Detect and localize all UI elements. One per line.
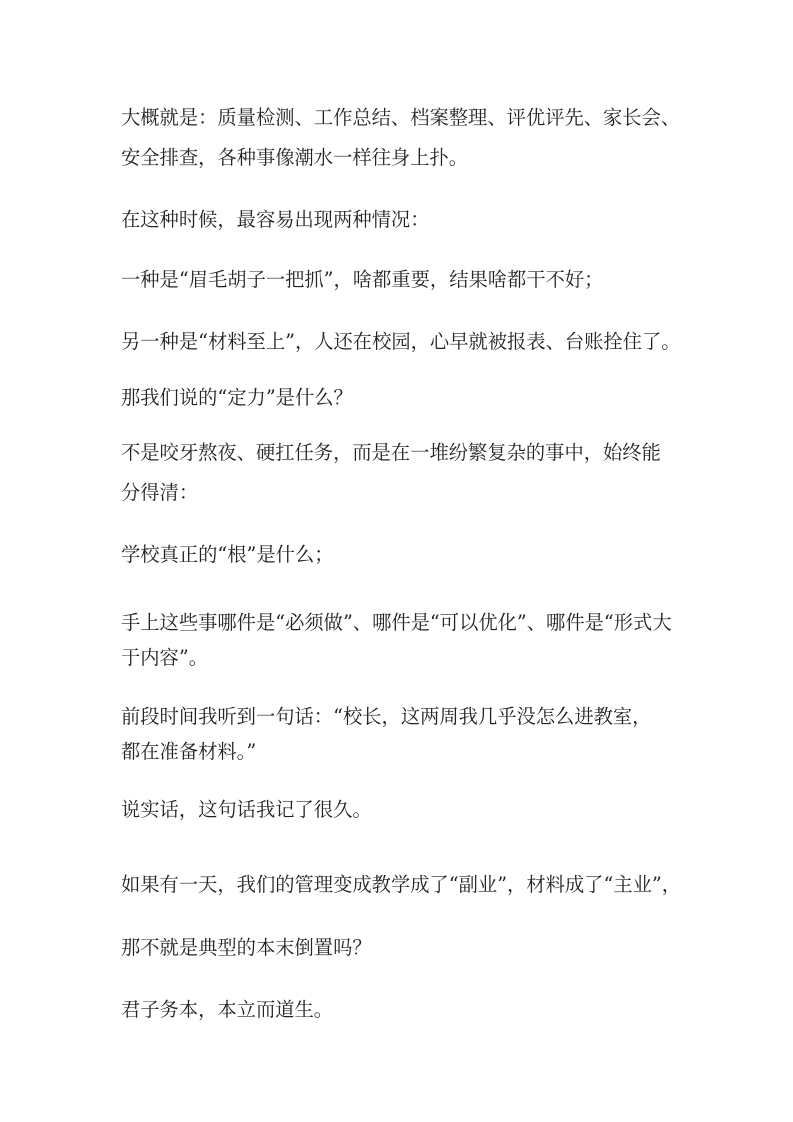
- paragraph-line: 于内容”。: [121, 646, 208, 670]
- paragraph-line: 那不就是典型的本末倒置吗？: [121, 936, 372, 960]
- paragraph-line: 君子务本，本立而道生。: [121, 998, 333, 1022]
- paragraph-line: 在这种时候，最容易出现两种情况：: [121, 208, 430, 232]
- paragraph-line: 说实话，这句话我记了很久。: [121, 798, 372, 822]
- paragraph-line: 学校真正的“根”是什么；: [121, 543, 334, 567]
- paragraph-line: 如果有一天，我们的管理变成教学成了“副业”，材料成了“主业”，: [121, 873, 681, 897]
- paragraph-line: 那我们说的“定力”是什么？: [121, 386, 353, 410]
- paragraph-line: 都在准备材料。”: [121, 740, 256, 764]
- paragraph-line: 不是咬牙熬夜、硬扛任务，而是在一堆纷繁复杂的事中，始终能: [121, 441, 661, 465]
- paragraph-line: 分得清：: [121, 481, 198, 505]
- paragraph-line: 安全排查，各种事像潮水一样往身上扑。: [121, 146, 468, 170]
- paragraph-line: 前段时间我听到一句话：“校长，这两周我几乎没怎么进教室，: [121, 705, 651, 729]
- paragraph-line: 一种是“眉毛胡子一把抓”，啥都重要，结果啥都干不好；: [121, 268, 603, 292]
- paragraph-line: 手上这些事哪件是“必须做”、哪件是“可以优化”、哪件是“形式大: [121, 611, 672, 635]
- paragraph-line: 另一种是“材料至上”，人还在校园，心早就被报表、台账拴住了。: [121, 330, 681, 354]
- document-page: 大概就是：质量检测、工作总结、档案整理、评优评先、家长会、 安全排查，各种事像潮…: [0, 0, 793, 1122]
- paragraph-line: 大概就是：质量检测、工作总结、档案整理、评优评先、家长会、: [121, 106, 680, 130]
